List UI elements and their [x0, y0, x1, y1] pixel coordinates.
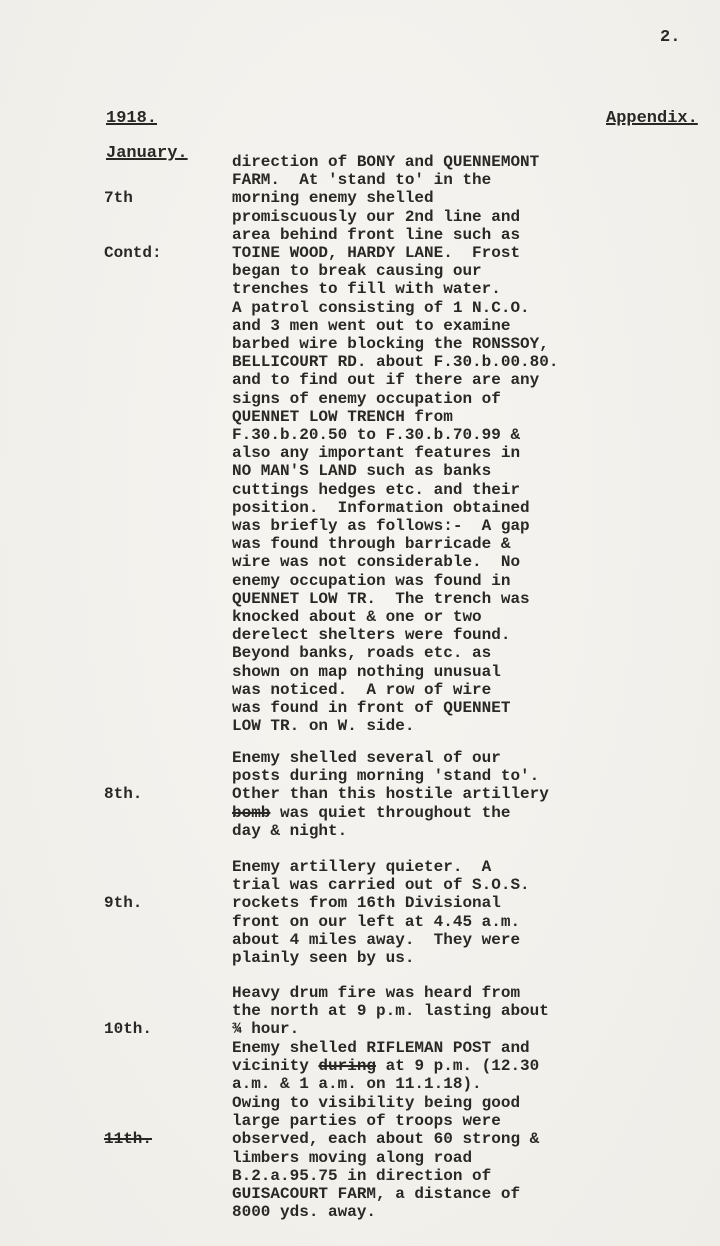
text-line: signs of enemy occupation of [232, 390, 612, 408]
text-line: promiscuously our 2nd line and [232, 208, 612, 226]
text-line: the north at 9 p.m. lasting about [232, 1002, 612, 1020]
text-line: Enemy shelled several of our [232, 749, 612, 767]
text-line: LOW TR. on W. side. [232, 717, 612, 735]
appendix-heading: Appendix. [606, 109, 698, 128]
entry-date: 8th. [104, 749, 162, 840]
text-line: morning enemy shelled [232, 189, 612, 207]
text-line: was briefly as follows:- A gap [232, 517, 612, 535]
text-line: limbers moving along road [232, 1149, 612, 1167]
entry-date: 10th. [104, 984, 162, 1075]
text-line: about 4 miles away. They were [232, 931, 612, 949]
struck-word: during [318, 1057, 376, 1075]
text-line: and to find out if there are any [232, 371, 612, 389]
text-line: B.2.a.95.75 in direction of [232, 1167, 612, 1185]
text-line: F.30.b.20.50 to F.30.b.70.99 & [232, 426, 612, 444]
struck-word: bomb [232, 804, 270, 822]
text-line: trenches to fill with water. [232, 280, 612, 298]
text-line: enemy occupation was found in [232, 572, 612, 590]
text-line: cuttings hedges etc. and their [232, 481, 612, 499]
date-line: 8th. [104, 785, 162, 803]
text-line: QUENNET LOW TRENCH from [232, 408, 612, 426]
text-line: barbed wire blocking the RONSSOY, [232, 335, 612, 353]
text-line: trial was carried out of S.O.S. [232, 876, 612, 894]
text-line: A patrol consisting of 1 N.C.O. [232, 299, 612, 317]
text-line: Enemy artillery quieter. A [232, 858, 612, 876]
text-line: vicinity during at 9 p.m. (12.30 [232, 1057, 612, 1075]
text-line: Enemy shelled RIFLEMAN POST and [232, 1039, 612, 1057]
text-fragment: was quiet throughout the [270, 804, 510, 822]
text-fragment: vicinity [232, 1057, 318, 1075]
text-line: position. Information obtained [232, 499, 612, 517]
text-line: large parties of troops were [232, 1112, 612, 1130]
date-line: 7th [104, 189, 162, 207]
date-line: 10th. [104, 1020, 162, 1038]
entry-text: direction of BONY and QUENNEMONT FARM. A… [232, 153, 612, 736]
entry-text: Heavy drum fire was heard from the north… [232, 984, 612, 1093]
text-line: FARM. At 'stand to' in the [232, 171, 612, 189]
text-line: knocked about & one or two [232, 608, 612, 626]
entry-text: Owing to visibility being good large par… [232, 1094, 612, 1221]
text-line: bomb was quiet throughout the [232, 804, 612, 822]
text-line: area behind front line such as [232, 226, 612, 244]
text-line: Heavy drum fire was heard from [232, 984, 612, 1002]
text-line: posts during morning 'stand to'. [232, 767, 612, 785]
text-line: Owing to visibility being good [232, 1094, 612, 1112]
year-heading: 1918. [106, 109, 157, 128]
document-page: 2. 1918. Appendix. January. 7th Contd: d… [0, 0, 720, 1246]
text-line: Beyond banks, roads etc. as [232, 644, 612, 662]
text-line: TOINE WOOD, HARDY LANE. Frost [232, 244, 612, 262]
text-line: 8000 yds. away. [232, 1203, 612, 1221]
text-line: observed, each about 60 strong & [232, 1130, 612, 1148]
text-line: began to break causing our [232, 262, 612, 280]
text-line: was found in front of QUENNET [232, 699, 612, 717]
struck-date: 11th. [104, 1130, 162, 1148]
text-line: derelect shelters were found. [232, 626, 612, 644]
text-line: rockets from 16th Divisional [232, 894, 612, 912]
text-line: Other than this hostile artillery [232, 785, 612, 803]
text-line: was found through barricade & [232, 535, 612, 553]
entry-date: 7th Contd: [104, 153, 162, 299]
entry-text: Enemy shelled several of our posts durin… [232, 749, 612, 840]
text-line: day & night. [232, 822, 612, 840]
text-line: QUENNET LOW TR. The trench was [232, 590, 612, 608]
entry-date: 11th. [104, 1094, 162, 1185]
text-line: BELLICOURT RD. about F.30.b.00.80. [232, 353, 612, 371]
text-line: also any important features in [232, 444, 612, 462]
text-line: GUISACOURT FARM, a distance of [232, 1185, 612, 1203]
text-line: wire was not considerable. No [232, 553, 612, 571]
text-line: front on our left at 4.45 a.m. [232, 913, 612, 931]
entry-date: 9th. [104, 858, 162, 949]
date-line: 9th. [104, 894, 162, 912]
text-line: a.m. & 1 a.m. on 11.1.18). [232, 1075, 612, 1093]
text-line: shown on map nothing unusual [232, 663, 612, 681]
text-line: plainly seen by us. [232, 949, 612, 967]
text-line: direction of BONY and QUENNEMONT [232, 153, 612, 171]
entry-text: Enemy artillery quieter. A trial was car… [232, 858, 612, 967]
text-line: was noticed. A row of wire [232, 681, 612, 699]
date-line: Contd: [104, 244, 162, 262]
text-line: and 3 men went out to examine [232, 317, 612, 335]
text-fragment: at 9 p.m. (12.30 [376, 1057, 539, 1075]
page-number: 2. [660, 28, 680, 47]
text-line: ¾ hour. [232, 1020, 612, 1038]
text-line: NO MAN'S LAND such as banks [232, 462, 612, 480]
